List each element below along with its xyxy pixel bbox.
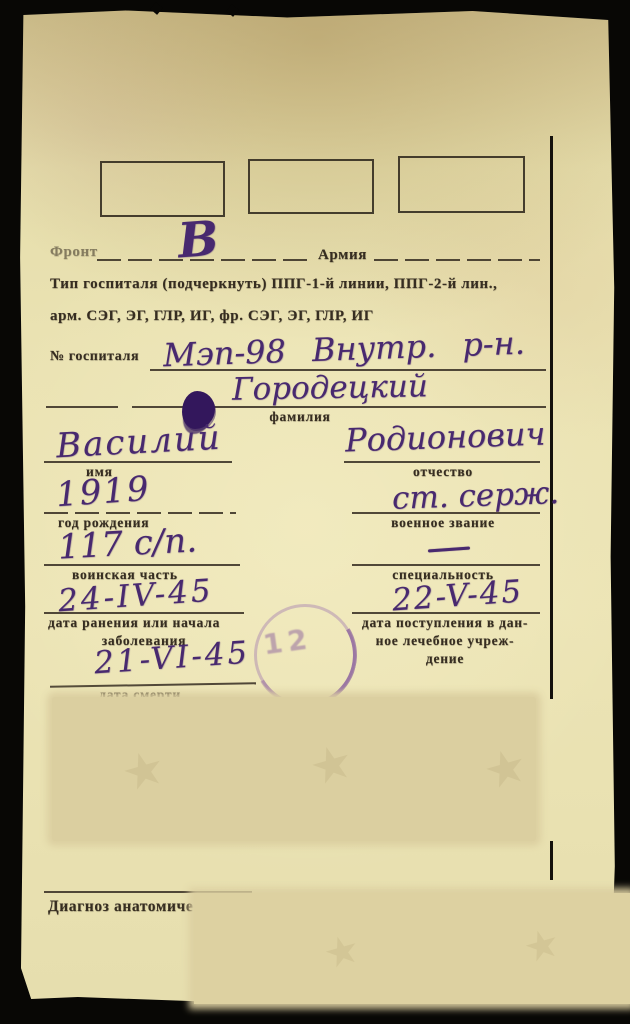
army-line	[374, 259, 540, 261]
admission-date-label-1: дата поступления в дан-	[345, 616, 545, 631]
hospital-type-line1: Тип госпиталя (подчеркнуть) ППГ-1-й лини…	[50, 276, 548, 293]
army-label: Армия	[318, 247, 367, 264]
front-value: В	[176, 211, 220, 270]
redaction-band-large: ★ ★ ★	[52, 697, 536, 841]
star-watermark: ★	[303, 732, 360, 798]
first-name-line	[44, 461, 232, 463]
hospital-type-line2: арм. СЭГ, ЭГ, ГЛР, ИГ, фр. СЭГ, ЭГ, ГЛР,…	[50, 308, 374, 325]
specialty-line	[352, 564, 540, 566]
surname-value: Городецкий	[232, 368, 428, 407]
circular-stamp: 12	[254, 604, 356, 706]
scanned-hospital-card: Фронт В Армия Тип госпиталя (подчеркнуть…	[0, 0, 630, 1024]
rank-value: ст. серж.	[391, 475, 559, 517]
star-watermark: ★	[518, 919, 565, 973]
patronymic-value: Родионович	[344, 415, 546, 460]
surname-line-left	[46, 406, 118, 408]
surname-label: фамилия	[240, 410, 360, 425]
vertical-rule-top	[550, 136, 553, 699]
unit-line	[44, 564, 240, 566]
star-watermark: ★	[115, 738, 172, 804]
admission-date-label-2: ное лечебное учреж-	[345, 634, 545, 649]
wound-date-line	[44, 612, 244, 614]
wound-date-label-1: дата ранения или начала	[48, 616, 220, 631]
rank-line	[352, 512, 540, 514]
birth-year-line	[44, 512, 236, 514]
star-watermark: ★	[477, 736, 534, 802]
redaction-band-bottom: ★ ★	[194, 893, 630, 1004]
stamp-text: 12	[261, 622, 314, 661]
rank-label: военное звание	[345, 516, 541, 531]
registration-box-1	[100, 161, 225, 217]
patronymic-line	[344, 461, 540, 463]
unit-value: 117 с/п.	[57, 520, 198, 567]
birth-year-value: 1919	[55, 469, 152, 515]
front-label: Фронт	[50, 244, 98, 261]
admission-date-label-3: дение	[345, 652, 545, 667]
registration-box-2	[248, 159, 374, 214]
star-watermark: ★	[318, 925, 365, 979]
vertical-rule-bottom	[550, 841, 553, 880]
registration-box-3	[398, 156, 525, 213]
hospital-number-label: № госпиталя	[50, 349, 139, 364]
admission-date-line	[352, 612, 540, 614]
